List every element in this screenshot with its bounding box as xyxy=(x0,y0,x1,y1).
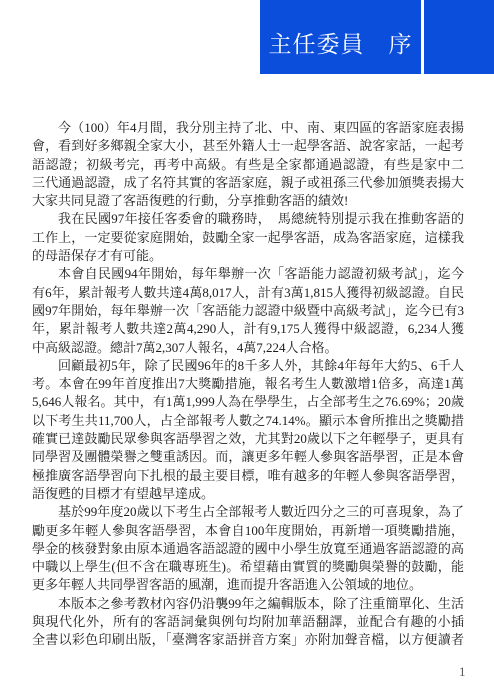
text-line: 三代通過認證，成了名符其實的客語家庭，親子或祖孫三代參加頒獎表揚大會， xyxy=(32,174,464,192)
paragraph-6: 本版本之參考教材內容仍沿襲99年之編輯版本，除了注重簡單化、生活化 與現代化外，… xyxy=(32,595,464,650)
paragraph-2: 我在民國97年接任客委會的職務時， 馬總統特別提示我在推動客語的傳承 工作上，一… xyxy=(32,210,464,265)
text-line: 大家共同見證了客語復甦的行動，分享推動客語的績效! xyxy=(32,192,464,210)
text-line: 確實已達鼓勵民眾參與客語學習之效，尤其對20歲以下之年輕學子，更具有共 xyxy=(32,430,464,448)
text-line: 有6年，累計報考人數共達4萬8,017人，計有3萬1,815人獲得初級認證。自民 xyxy=(32,284,464,302)
text-line: 勵更多年輕人參與客語學習，本會自100年度開始，再新增一項獎勵措施，將獎 xyxy=(32,522,464,540)
text-line: 會，看到好多鄉親全家大小，甚至外籍人士一起學客語、說客家話，一起考客 xyxy=(32,137,464,155)
text-line: 同學習及團體榮譽之雙重誘因。而，讓更多年輕人參與客語學習，正是本會積 xyxy=(32,448,464,466)
title-band-accent xyxy=(424,0,494,74)
page-number: 1 xyxy=(459,664,466,680)
paragraph-1: 今（100）年4月間，我分別主持了北、中、南、東四區的客語家庭表揚大 會，看到好… xyxy=(32,119,464,210)
document-page: 主任委員 序 今（100）年4月間，我分別主持了北、中、南、東四區的客語家庭表揚… xyxy=(0,0,494,700)
paragraph-4: 回顧最初5年，除了民國96年的8千多人外，其餘4年每年大約5、6千人報 考。本會… xyxy=(32,357,464,503)
page-title: 主任委員 序 xyxy=(269,33,413,56)
text-line: 全書以彩色印刷出版，「臺灣客家語拼音方案」亦附加聲音檔，以方便讀者學 xyxy=(32,631,464,649)
paragraph-5: 基於99年度20歲以下考生占全部報考人數近四分之三的可喜現象，為了鼓 勵更多年輕… xyxy=(32,503,464,594)
text-line: 回顧最初5年，除了民國96年的8千多人外，其餘4年每年大約5、6千人報 xyxy=(32,357,464,375)
text-line: 我在民國97年接任客委會的職務時， 馬總統特別提示我在推動客語的傳承 xyxy=(32,210,464,228)
text-line: 國97年開始，每年舉辦一次「客語能力認證中級暨中高級考試」，迄今已有3 xyxy=(32,302,464,320)
preface-text: 今（100）年4月間，我分別主持了北、中、南、東四區的客語家庭表揚大 會，看到好… xyxy=(32,119,464,650)
text-line: 年，累計報考人數共達2萬4,290人，計有9,175人獲得中級認證，6,234人… xyxy=(32,320,464,338)
paragraph-3: 本會自民國94年開始，每年舉辦一次「客語能力認證初級考試」，迄今已 有6年，累計… xyxy=(32,265,464,356)
text-line: 語認證；初級考完，再考中高級。有些是全家都通過認證，有些是家中二代、 xyxy=(32,156,464,174)
text-line: 本版本之參考教材內容仍沿襲99年之編輯版本，除了注重簡單化、生活化 xyxy=(32,595,464,613)
text-line: 中職以上學生(但不含在職專班生)。希望藉由實質的獎勵與榮譽的鼓勵，能帶動 xyxy=(32,558,464,576)
text-line: 更多年輕人共同學習客語的風潮，進而提升客語進入公領域的地位。 xyxy=(32,576,464,594)
text-line: 的母語保存才有可能。 xyxy=(32,247,464,265)
text-line: 考。本會在99年首度推出7大獎勵措施，報名考生人數激增1倍多，高達1萬 xyxy=(32,375,464,393)
text-line: 中高級認證。總計7萬2,307人報名，4萬7,224人合格。 xyxy=(32,339,464,357)
text-line: 以下考生共11,700人，占全部報考人數之74.14%。顯示本會所推出之獎勵措施 xyxy=(32,412,464,430)
title-band: 主任委員 序 xyxy=(260,0,421,74)
text-line: 與現代化外，所有的客語詞彙與例句均附加華語翻譯，並配合有趣的小插圖， xyxy=(32,613,464,631)
text-line: 今（100）年4月間，我分別主持了北、中、南、東四區的客語家庭表揚大 xyxy=(32,119,464,137)
text-line: 本會自民國94年開始，每年舉辦一次「客語能力認證初級考試」，迄今已 xyxy=(32,265,464,283)
text-line: 學金的核發對象由原本通過客語認證的國中小學生放寬至通過客語認證的高 xyxy=(32,540,464,558)
text-line: 極推廣客語學習向下扎根的最主要目標，唯有越多的年輕人參與客語學習，客 xyxy=(32,467,464,485)
text-line: 5,646人報名。其中，有1萬1,999人為在學學生，占全部考生之76.69%；… xyxy=(32,393,464,411)
text-line: 工作上，一定要從家庭開始，鼓勵全家一起學客語，成為客語家庭，這樣我們 xyxy=(32,229,464,247)
text-line: 基於99年度20歲以下考生占全部報考人數近四分之三的可喜現象，為了鼓 xyxy=(32,503,464,521)
text-line: 語復甦的目標才有望越早達成。 xyxy=(32,485,464,503)
